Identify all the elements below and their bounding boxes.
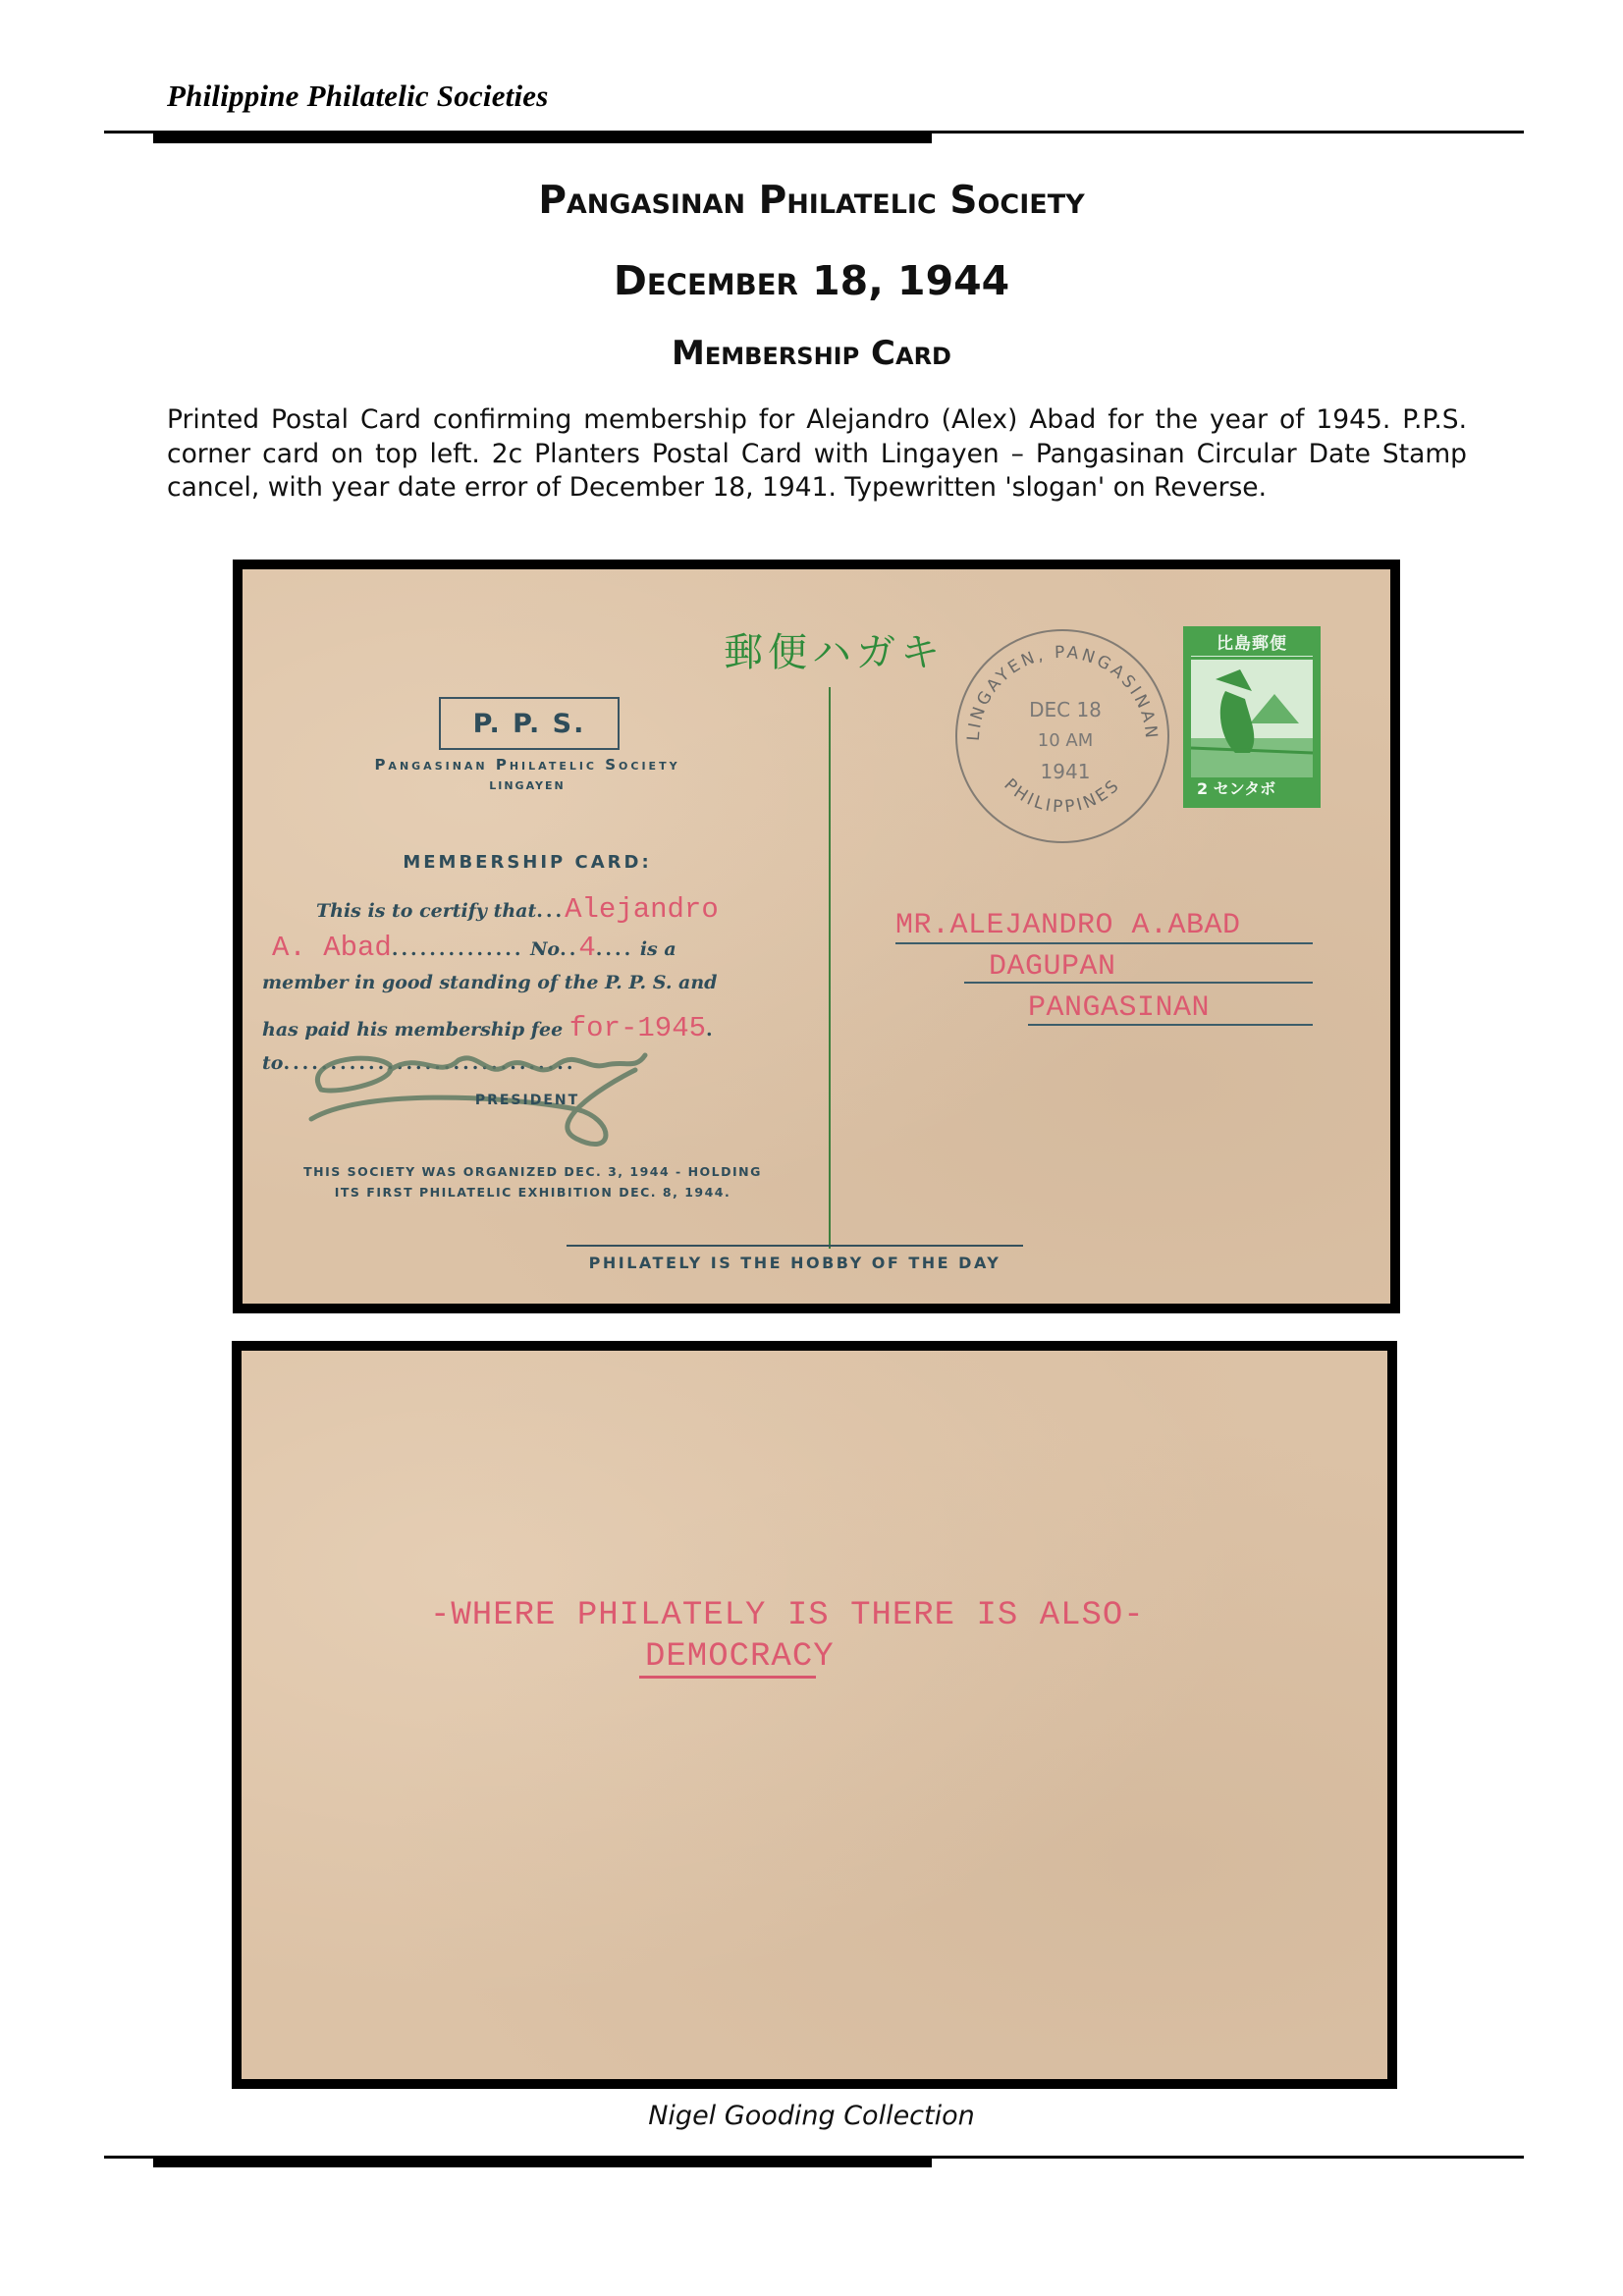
- typed-first-name: Alejandro: [565, 893, 719, 926]
- society-town: LINGAYEN: [282, 779, 773, 792]
- slogan-line2: DEMOCRACY: [645, 1638, 835, 1676]
- address-line-province: PANGASINAN: [1028, 991, 1210, 1025]
- organized-note-line2: ITS FIRST PHILATELIC EXHIBITION DEC. 8, …: [260, 1185, 805, 1200]
- president-signature: [282, 1011, 733, 1158]
- collection-credit: Nigel Gooding Collection: [0, 2101, 1623, 2131]
- page-title: Pangasinan Philatelic Society: [0, 179, 1623, 223]
- address-line-city: DAGUPAN: [989, 950, 1116, 984]
- description-paragraph: Printed Postal Card confirming membershi…: [167, 403, 1467, 506]
- form-line-standing: member in good standing of the P. P. S. …: [262, 972, 717, 993]
- form-line-name-number: A. Abad.............. No..4.... is a: [272, 932, 676, 964]
- address-line-name: MR.ALEJANDRO A.ABAD: [895, 909, 1241, 942]
- corner-card-initials: P. P. S.: [473, 709, 586, 739]
- postmark-date: DEC 18: [1029, 698, 1102, 721]
- postal-card-reverse: -WHERE PHILATELY IS THERE IS ALSO- DEMOC…: [232, 1341, 1397, 2089]
- running-header-title: Philippine Philatelic Societies: [167, 79, 549, 114]
- address-underline: [964, 982, 1313, 984]
- typed-surname: A. Abad: [272, 932, 392, 964]
- page-date: December 18, 1944: [0, 257, 1623, 304]
- stamp-planter-vignette: [1191, 660, 1313, 777]
- page-subtitle: Membership Card: [0, 334, 1623, 373]
- footer-rule-thick: [153, 2158, 932, 2167]
- address-underline: [895, 942, 1313, 944]
- slogan-line1: -WHERE PHILATELY IS THERE IS ALSO-: [430, 1597, 1145, 1634]
- membership-card-heading: MEMBERSHIP CARD:: [282, 852, 773, 873]
- slogan-underline: [639, 1676, 816, 1679]
- society-motto: PHILATELY IS THE HOBBY OF THE DAY: [567, 1254, 1023, 1272]
- postmark-year: 1941: [1041, 760, 1091, 783]
- imprinted-stamp: 比島郵便 2 センタボ: [1183, 626, 1321, 808]
- corner-card-box: P. P. S.: [439, 697, 620, 750]
- postal-card-label: 郵便ハガキ: [724, 621, 945, 677]
- signatory-title: PRESIDENT: [282, 1093, 773, 1108]
- postmark-time: 10 AM: [1038, 730, 1093, 751]
- circular-date-stamp: LINGAYEN, PANGASINAN PHILIPPINES DEC 18 …: [949, 623, 1175, 849]
- postal-card-front: 郵便ハガキ P. P. S. Pangasinan Philatelic Soc…: [233, 560, 1400, 1313]
- form-line-certify: This is to certify that...Alejandro: [316, 893, 719, 926]
- stamp-value: 2 センタボ: [1191, 776, 1313, 802]
- motto-rule: [567, 1245, 1023, 1247]
- header-rule-thick: [153, 133, 932, 143]
- society-name: Pangasinan Philatelic Society: [282, 756, 773, 774]
- address-underline: [1028, 1024, 1313, 1026]
- svg-text:LINGAYEN, PANGASINAN: LINGAYEN, PANGASINAN: [964, 643, 1161, 742]
- card-divider-line: [829, 687, 831, 1249]
- stamp-inscription: 比島郵便: [1191, 632, 1313, 657]
- typed-member-number: 4: [578, 932, 595, 964]
- organized-note-line1: THIS SOCIETY WAS ORGANIZED DEC. 3, 1944 …: [260, 1164, 805, 1179]
